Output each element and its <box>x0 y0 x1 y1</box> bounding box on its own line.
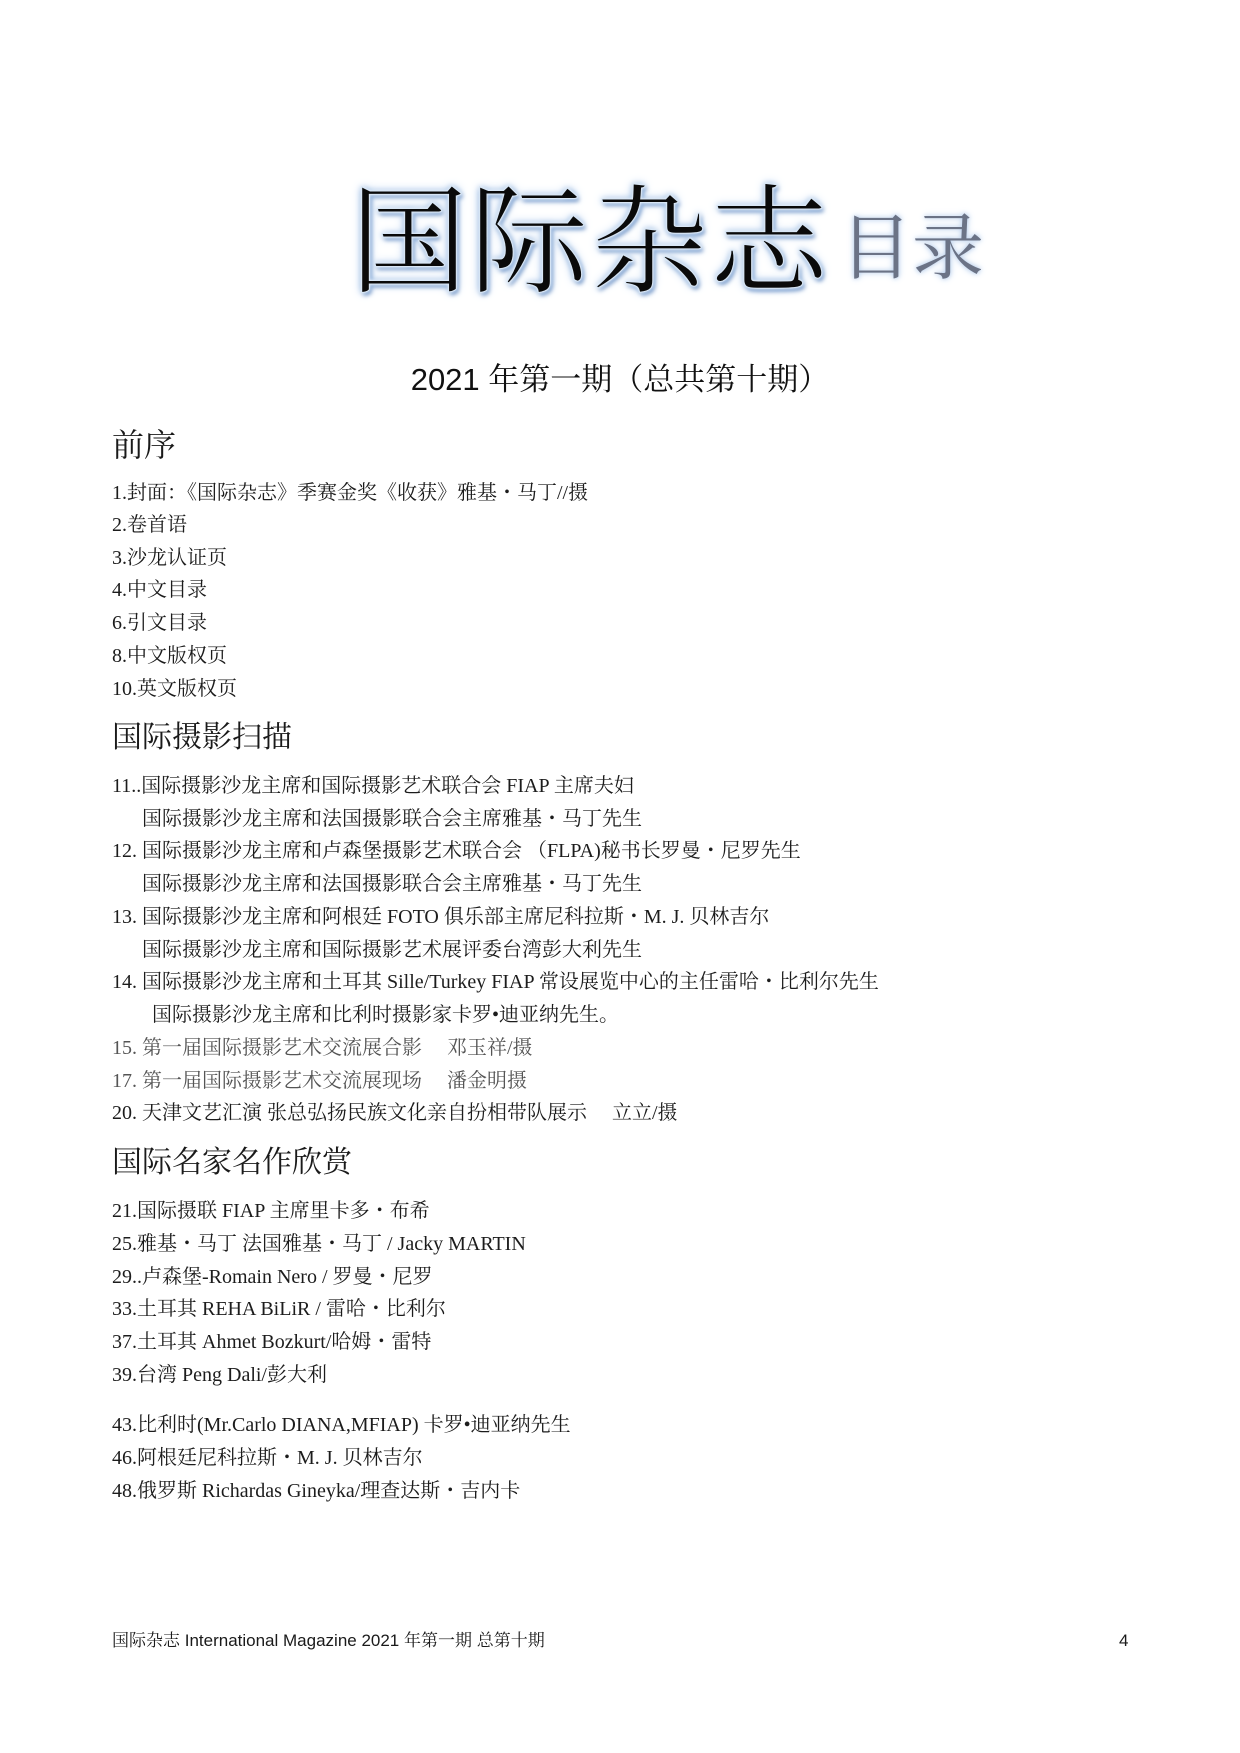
toc-item: 33.土耳其 REHA BiLiR / 雷哈・比利尔 <box>112 1294 446 1324</box>
section-heading-masters: 国际名家名作欣赏 <box>112 1143 352 1183</box>
toc-item: 48.俄罗斯 Richardas Gineyka/理查达斯・吉内卡 <box>112 1476 520 1506</box>
toc-item: 43.比利时(Mr.Carlo DIANA,MFIAP) 卡罗•迪亚纳先生 <box>112 1410 571 1440</box>
section-heading-preface: 前序 <box>112 425 176 465</box>
toc-item: 3.沙龙认证页 <box>112 543 227 573</box>
masthead-title: 国际杂志 <box>350 173 830 311</box>
toc-item: 15. 第一届国际摄影艺术交流展合影 邓玉祥/摄 <box>112 1033 533 1063</box>
toc-item: 1.封面：《国际杂志》季赛金奖《收获》雅基・马丁//摄 <box>112 478 588 508</box>
toc-item: 6.引文目录 <box>112 608 207 638</box>
toc-item-continuation: 国际摄影沙龙主席和法国摄影联合会主席雅基・马丁先生 <box>142 869 642 899</box>
magazine-page: 国际杂志目录 2021 年第一期（总共第十期） 前序 1.封面：《国际杂志》季赛… <box>0 0 1240 1753</box>
toc-item: 4.中文目录 <box>112 575 207 605</box>
toc-item-continuation: 国际摄影沙龙主席和比利时摄影家卡罗•迪亚纳先生。 <box>152 1000 619 1030</box>
toc-item-continuation: 国际摄影沙龙主席和法国摄影联合会主席雅基・马丁先生 <box>142 804 642 834</box>
toc-item: 13. 国际摄影沙龙主席和阿根廷 FOTO 俱乐部主席尼科拉斯・M. J. 贝林… <box>112 902 769 932</box>
page-number: 4 <box>1119 1628 1128 1654</box>
toc-item: 39.台湾 Peng Dali/彭大利 <box>112 1360 327 1390</box>
toc-item: 37.土耳其 Ahmet Bozkurt/哈姆・雷特 <box>112 1327 431 1357</box>
toc-item: 29..卢森堡-Romain Nero / 罗曼・尼罗 <box>112 1262 433 1292</box>
toc-item: 10.英文版权页 <box>112 674 237 704</box>
toc-item: 20. 天津文艺汇演 张总弘扬民族文化亲自扮相带队展示 立立/摄 <box>112 1098 678 1128</box>
toc-item: 11..国际摄影沙龙主席和国际摄影艺术联合会 FIAP 主席夫妇 <box>112 771 634 801</box>
masthead-subtitle: 目录 <box>840 206 984 290</box>
issue-subtitle: 2021 年第一期（总共第十期） <box>0 358 1240 402</box>
toc-item: 21.国际摄联 FIAP 主席里卡多・布希 <box>112 1196 430 1226</box>
section-heading-photo-scan: 国际摄影扫描 <box>112 718 292 758</box>
page-footer: 国际杂志 International Magazine 2021 年第一期 总第… <box>112 1628 545 1654</box>
toc-item: 25.雅基・马丁 法国雅基・马丁 / Jacky MARTIN <box>112 1229 526 1259</box>
toc-item: 12. 国际摄影沙龙主席和卢森堡摄影艺术联合会 （FLPA)秘书长罗曼・尼罗先生 <box>112 836 801 866</box>
toc-item: 8.中文版权页 <box>112 641 227 671</box>
toc-item-continuation: 国际摄影沙龙主席和国际摄影艺术展评委台湾彭大利先生 <box>142 935 642 965</box>
toc-item: 14. 国际摄影沙龙主席和土耳其 Sille/Turkey FIAP 常设展览中… <box>112 967 879 997</box>
toc-item: 17. 第一届国际摄影艺术交流展现场 潘金明摄 <box>112 1066 527 1096</box>
masthead: 国际杂志目录 <box>350 172 984 312</box>
toc-item: 2.卷首语 <box>112 510 187 540</box>
toc-item: 46.阿根廷尼科拉斯・M. J. 贝林吉尔 <box>112 1443 423 1473</box>
